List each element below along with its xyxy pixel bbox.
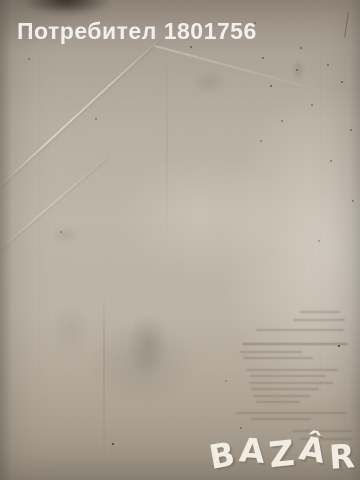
paper-crease-vertical-upper [166,40,168,260]
paper-crease-top-right [155,45,358,101]
user-watermark: Потребител 1801756 [17,18,257,45]
bazar-logo-letter: A [238,433,266,468]
paper-specks [0,0,2,2]
photo-vignette [0,0,360,480]
bleed-through-text [0,0,360,480]
paper-grain-texture [0,0,360,480]
listing-photo: Потребител 1801756 B A Z Â R [0,0,360,480]
dark-object-blur [18,0,114,16]
paper-crease-vertical-lower [103,290,105,480]
bazar-logo-letter: B [207,437,238,474]
bazar-logo: B A Z Â R [209,437,354,472]
paper-crease-diagonal [0,38,161,187]
paper-crease-diagonal-2 [0,157,107,250]
scratch-mark [344,12,349,38]
bazar-logo-letter: Â [297,431,328,468]
bazar-logo-letter: Z [267,437,296,474]
bazar-logo-letter: R [328,439,356,474]
